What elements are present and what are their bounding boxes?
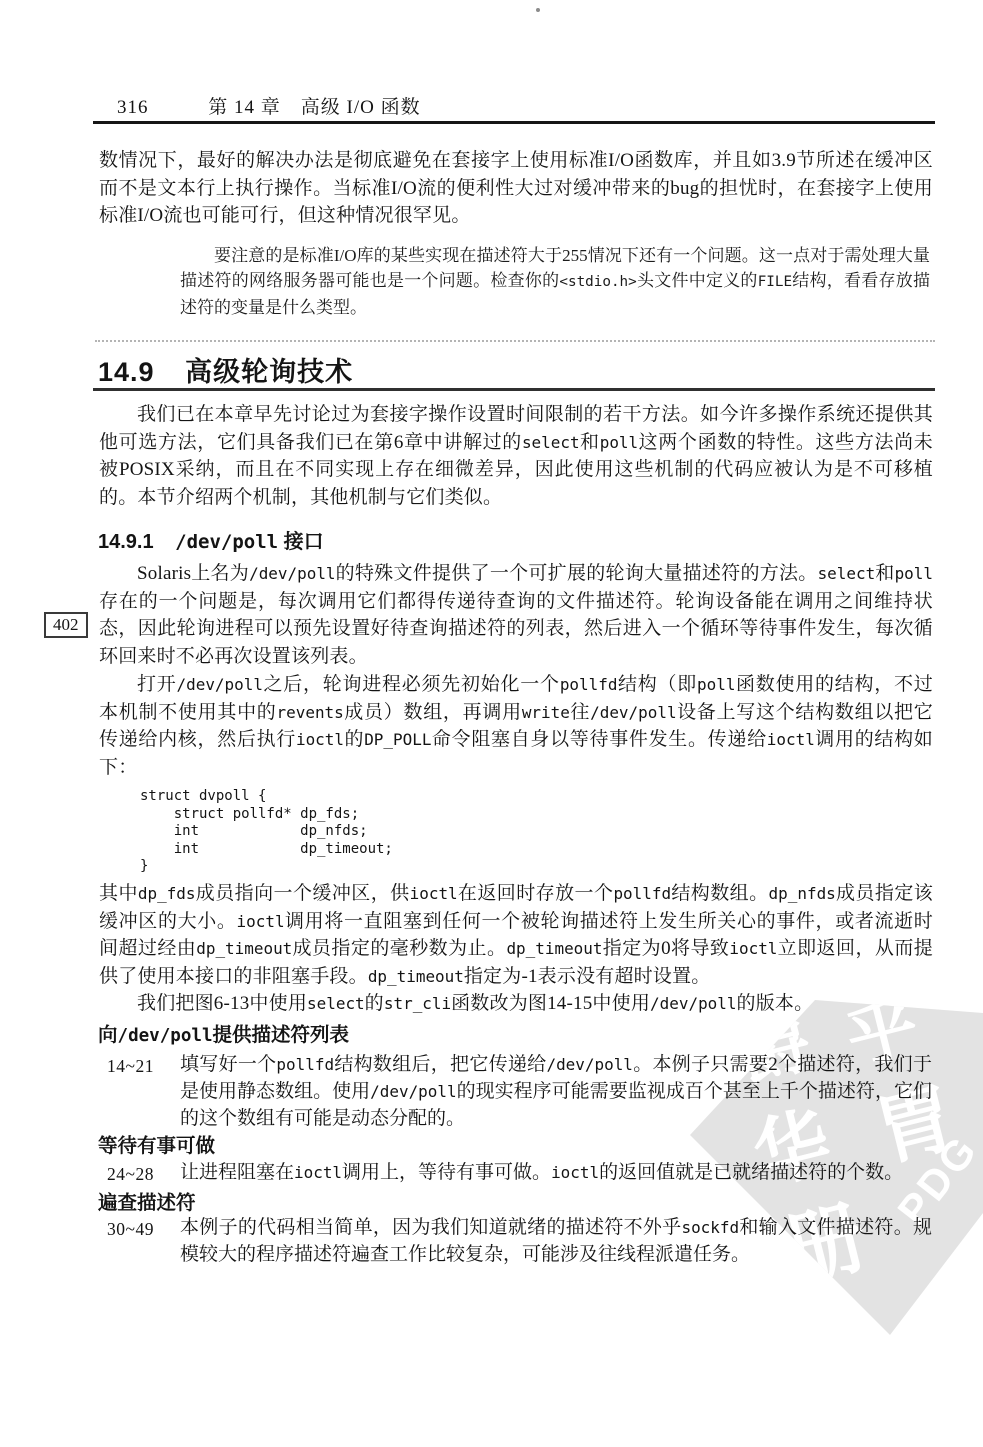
- line-range-label: 24~28: [107, 1164, 154, 1185]
- struct-dvpoll-code: struct dvpoll { struct pollfd* dp_fds; i…: [140, 788, 393, 876]
- walkthrough-item-2: 让进程阻塞在ioctl调用上，等待有事可做。ioctl的返回值就是已就绪描述符的…: [180, 1159, 932, 1186]
- header-rule: [93, 121, 935, 124]
- section-heading: 14.9 高级轮询技术: [98, 350, 353, 389]
- subsection-number: 14.9.1: [98, 531, 154, 553]
- line-range-label: 30~49: [107, 1219, 154, 1240]
- section-paragraph: 我们已在本章早先讨论过为套接字操作设置时间限制的若干方法。如今许多操作系统还提供…: [99, 401, 933, 511]
- subsection-heading: 14.9.1 /dev/poll 接口: [98, 525, 324, 554]
- section-title: 高级轮询技术: [185, 357, 353, 387]
- book-page: 爵 乎 华 胄 册 PDG 316 第 14 章 高级 I/O 函数 数情况下，…: [0, 0, 983, 1447]
- chapter-title: 第 14 章 高级 I/O 函数: [208, 97, 420, 118]
- margin-page-ref: 402: [44, 612, 88, 638]
- running-header: 316 第 14 章 高级 I/O 函数: [117, 92, 421, 119]
- page-number: 316: [117, 97, 149, 118]
- line-range-label: 14~21: [107, 1056, 154, 1077]
- subsection-paragraph-3: 其中dp_fds成员指向一个缓冲区，供ioctl在返回时存放一个pollfd结构…: [99, 880, 933, 990]
- subsection-title: /dev/poll 接口: [175, 531, 324, 553]
- scan-speck: [536, 8, 540, 12]
- walkthrough-heading-2: 等待有事可做: [98, 1130, 215, 1158]
- subsection-paragraph-4: 我们把图6-13中使用select的str_cli函数改为图14-15中使用/d…: [99, 990, 933, 1018]
- walkthrough-heading-1: 向/dev/poll提供描述符列表: [98, 1019, 349, 1047]
- note-block: 要注意的是标准I/O库的某些实现在描述符大于255情况下还有一个问题。这一点对于…: [180, 243, 930, 320]
- subsection-paragraph-1: Solaris上名为/dev/poll的特殊文件提供了一个可扩展的轮询大量描述符…: [99, 560, 933, 670]
- subsection-paragraph-2: 打开/dev/poll之后，轮询进程必须先初始化一个pollfd结构（即poll…: [99, 671, 933, 781]
- section-number: 14.9: [98, 357, 155, 387]
- section-dotted-divider: [95, 340, 935, 342]
- section-heading-rule: [93, 388, 935, 391]
- walkthrough-heading-3: 遍查描述符: [98, 1187, 196, 1215]
- walkthrough-item-1: 填写好一个pollfd结构数组后，把它传递给/dev/poll。本例子只需要2个…: [180, 1051, 932, 1132]
- walkthrough-item-3: 本例子的代码相当简单，因为我们知道就绪的描述符不外乎sockfd和输入文件描述符…: [180, 1214, 932, 1268]
- intro-paragraph: 数情况下，最好的解决办法是彻底避免在套接字上使用标准I/O函数库，并且如3.9节…: [99, 147, 933, 230]
